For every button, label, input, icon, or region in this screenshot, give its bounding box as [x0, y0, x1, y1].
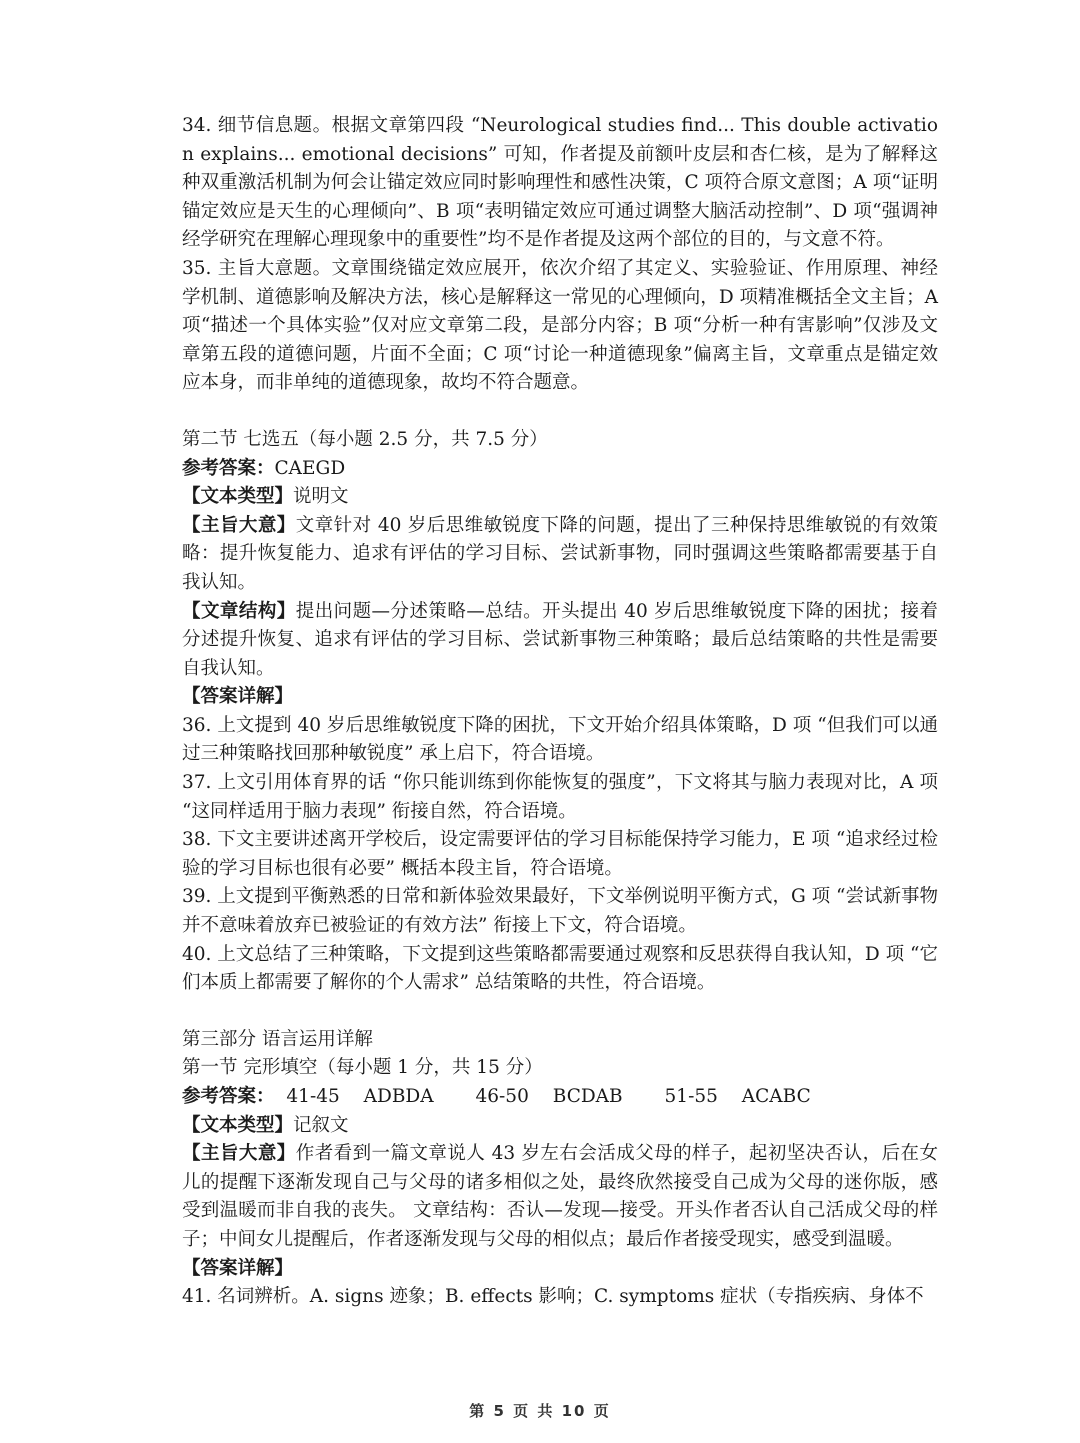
text-type-label: 【文本类型】	[182, 486, 293, 507]
main-idea-value: 文章针对 40 岁后思维敏锐度下降的问题，提出了三种保持思维敏锐的有效策略：提升…	[182, 515, 938, 593]
part3-section1-heading: 第一节 完形填空（每小题 1 分，共 15 分）	[182, 1054, 938, 1083]
answer-label: 参考答案：	[182, 1086, 275, 1107]
part3-text-type: 【文本类型】记叙文	[182, 1112, 938, 1141]
document-page: 34. 细节信息题。根据文章第四段 “Neurological studies …	[182, 112, 938, 1312]
main-idea-label: 【主旨大意】	[182, 515, 296, 536]
structure-label: 【文章结构】	[182, 601, 296, 622]
part3-heading: 第三部分 语言运用详解	[182, 1026, 938, 1055]
part3-main-idea: 【主旨大意】作者看到一篇文章说人 43 岁左右会活成父母的样子，起初坚决否认，后…	[182, 1140, 938, 1254]
answer-label: 参考答案：	[182, 458, 275, 479]
structure-value: 提出问题—分述策略—总结。开头提出 40 岁后思维敏锐度下降的困扰；接着分述提升…	[182, 601, 938, 679]
explanation-q38: 38. 下文主要讲述离开学校后，设定需要评估的学习目标能保持学习能力，E 项 “…	[182, 826, 938, 883]
text-type-label: 【文本类型】	[182, 1115, 293, 1136]
text-type-value: 说明文	[293, 486, 349, 507]
spacer	[182, 998, 938, 1026]
answer-group: ACABC	[742, 1083, 811, 1112]
answer-value: CAEGD	[275, 458, 346, 479]
section2-text-type: 【文本类型】说明文	[182, 483, 938, 512]
explanation-q37: 37. 上文引用体育界的话 “你只能训练到你能恢复的强度”，下文将其与脑力表现对…	[182, 769, 938, 826]
explanation-q39: 39. 上文提到平衡熟悉的日常和新体验效果最好，下文举例说明平衡方式，G 项 “…	[182, 883, 938, 940]
part3-explain-label: 【答案详解】	[182, 1255, 938, 1284]
answer-range: 41-45	[286, 1083, 339, 1112]
section2-structure: 【文章结构】提出问题—分述策略—总结。开头提出 40 岁后思维敏锐度下降的困扰；…	[182, 598, 938, 684]
main-idea-label: 【主旨大意】	[182, 1143, 296, 1164]
explanation-q40: 40. 上文总结了三种策略，下文提到这些策略都需要通过观察和反思获得自我认知，D…	[182, 941, 938, 998]
explanation-q36: 36. 上文提到 40 岁后思维敏锐度下降的困扰，下文开始介绍具体策略，D 项 …	[182, 712, 938, 769]
section2-explain-label: 【答案详解】	[182, 683, 938, 712]
answer-range: 51-55	[665, 1083, 718, 1112]
section2-heading: 第二节 七选五（每小题 2.5 分，共 7.5 分）	[182, 426, 938, 455]
page-number: 第 5 页 共 10 页	[0, 1400, 1080, 1421]
spacer	[182, 398, 938, 426]
main-idea-value: 作者看到一篇文章说人 43 岁左右会活成父母的样子，起初坚决否认，后在女儿的提醒…	[182, 1143, 938, 1250]
part3-answers: 参考答案： 41-45 ADBDA 46-50 BCDAB 51-55 ACAB…	[182, 1083, 938, 1112]
section2-main-idea: 【主旨大意】文章针对 40 岁后思维敏锐度下降的问题，提出了三种保持思维敏锐的有…	[182, 512, 938, 598]
answer-range: 46-50	[476, 1083, 529, 1112]
section2-answer: 参考答案：CAEGD	[182, 455, 938, 484]
answer-group: BCDAB	[553, 1083, 623, 1112]
explanation-q35: 35. 主旨大意题。文章围绕锚定效应展开，依次介绍了其定义、实验验证、作用原理、…	[182, 255, 938, 398]
text-type-value: 记叙文	[293, 1115, 349, 1136]
explanation-q34: 34. 细节信息题。根据文章第四段 “Neurological studies …	[182, 112, 938, 255]
answer-group: ADBDA	[364, 1083, 434, 1112]
explanation-q41: 41. 名词辨析。A. signs 迹象；B. effects 影响；C. sy…	[182, 1283, 938, 1312]
